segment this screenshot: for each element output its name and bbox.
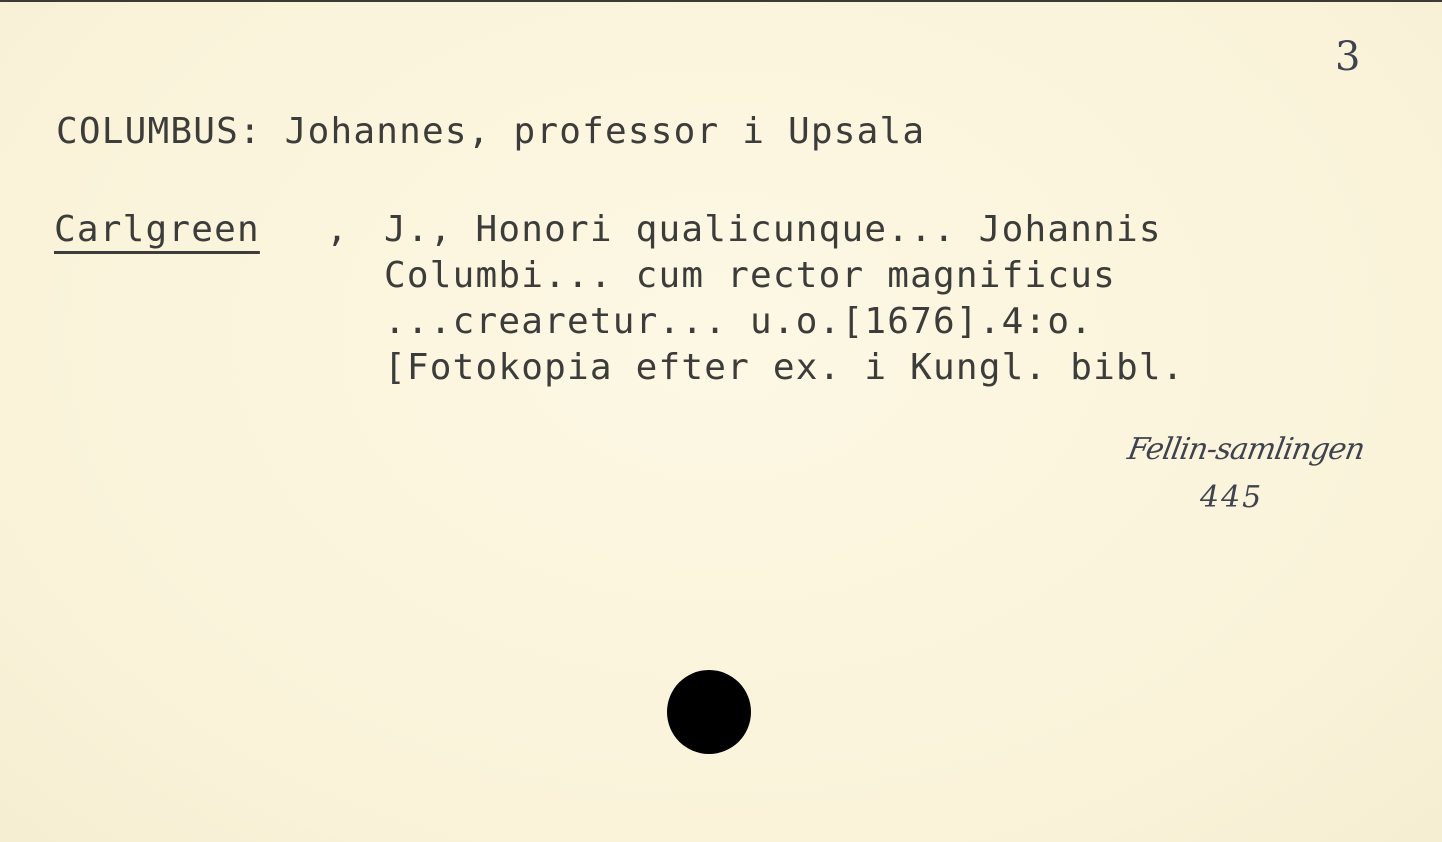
punch-hole	[667, 670, 751, 754]
card-number: 3	[1335, 34, 1360, 80]
description-line-4: [Fotokopia efter ex. i Kungl. bibl.	[384, 350, 1185, 386]
description-line-3: ...crearetur... u.o.[1676].4:o.	[384, 304, 1093, 340]
card-top-edge	[0, 0, 1442, 2]
description-line-1: J., Honori qualicunque... Johannis	[384, 212, 1162, 248]
handwritten-shelf-number: 445	[1200, 480, 1263, 515]
subject-heading: COLUMBUS: Johannes, professor i Upsala	[56, 114, 925, 150]
author-comma: ,	[326, 212, 349, 248]
catalog-card: 3 COLUMBUS: Johannes, professor i Upsala…	[0, 0, 1442, 842]
author-name: Carlgreen	[54, 212, 260, 248]
description-line-2: Columbi... cum rector magnificus	[384, 258, 1116, 294]
handwritten-collection-note: Fellin-samlingen	[1125, 432, 1367, 467]
